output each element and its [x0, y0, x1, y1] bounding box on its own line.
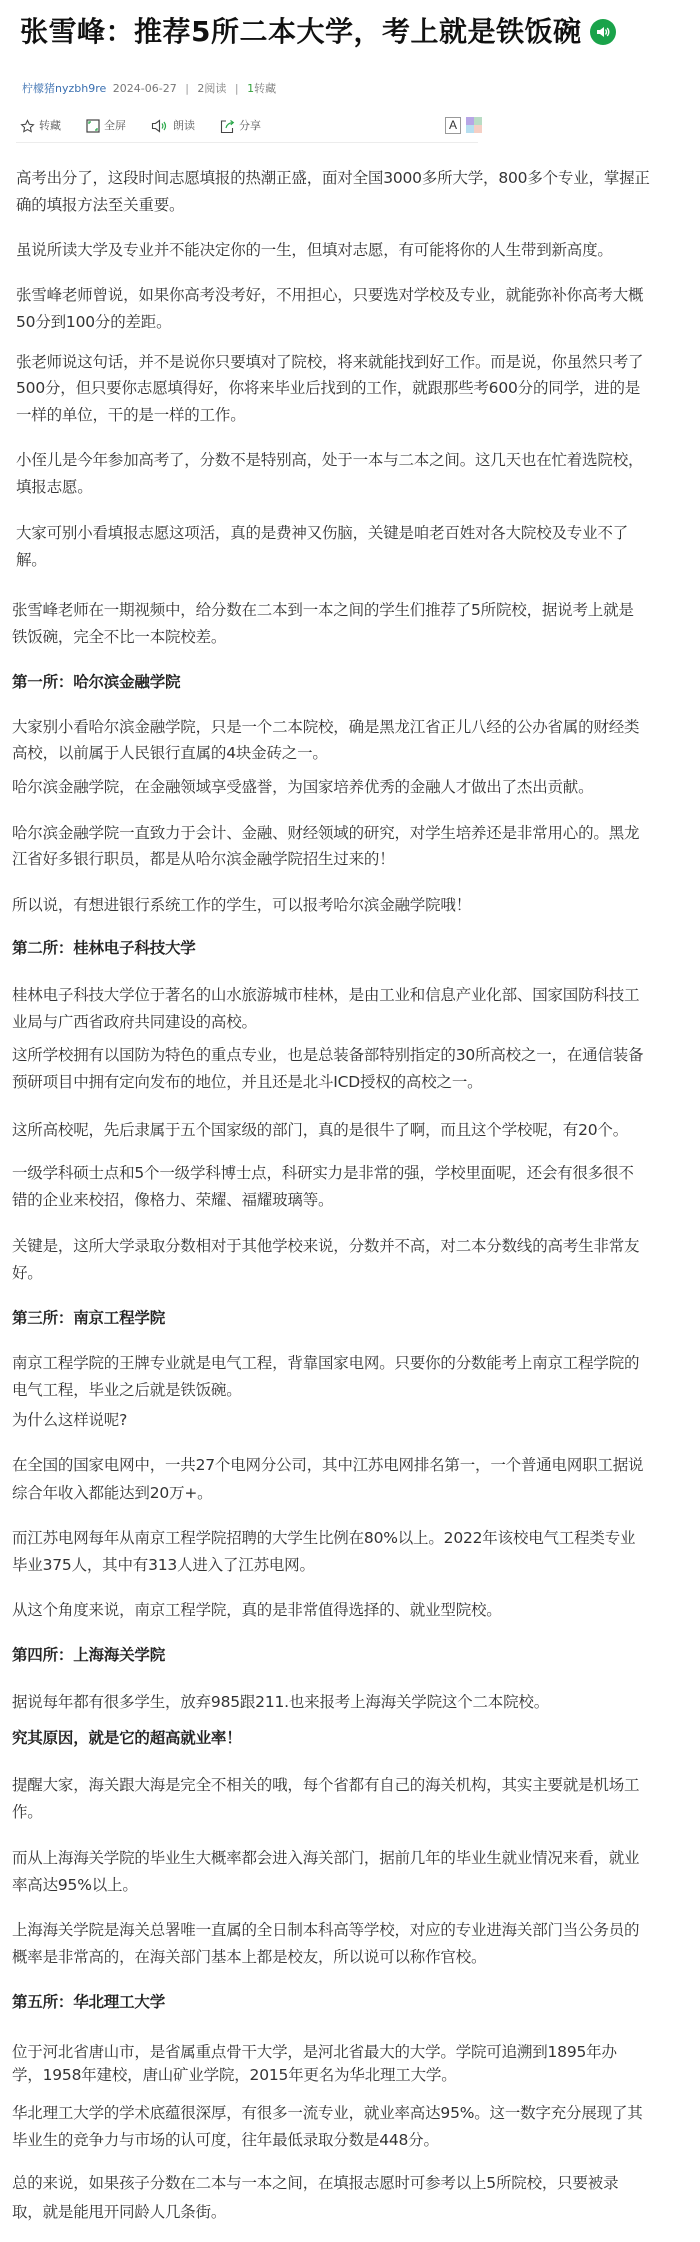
- paragraph-line: 解。: [16, 550, 47, 570]
- paragraph-line: 提醒大家，海关跟大海是完全不相关的哦，每个省都有自己的海关机构，其实主要就是机场…: [12, 1775, 639, 1795]
- paragraph-line: 南京工程学院的王牌专业就是电气工程，背靠国家电网。只要你的分数能考上南京工程学院…: [12, 1353, 639, 1373]
- meta-divider: |: [235, 82, 239, 95]
- paragraph-line: 张雪峰老师在一期视频中，给分数在二本到一本之间的学生们推荐了5所院校，据说考上就…: [12, 600, 634, 620]
- fullscreen-button[interactable]: 全屏: [86, 116, 126, 136]
- paragraph-line: 据说每年都有很多学生，放弃985跟211.也来报考上海海关学院这个二本院校。: [12, 1692, 549, 1712]
- paragraph-line: 一级学科硕士点和5个一级学科博士点，科研实力是非常的强，学校里面呢，还会有很多很…: [12, 1163, 634, 1183]
- article-meta: 柠檬猪nyzbh9re 2024-06-27 | 2阅读 | 1转藏: [22, 80, 276, 98]
- paragraph-line: 位于河北省唐山市，是省属重点骨干大学，是河北省最大的大学。学院可追溯到1895年…: [12, 2042, 617, 2062]
- read-aloud-label: 朗读: [173, 116, 195, 136]
- paragraph-line: 高考出分了，这段时间志愿填报的热潮正盛，面对全国3000多所大学，800多个专业…: [16, 168, 650, 188]
- paragraph-line: 毕业生的竞争力与市场的认可度，往年最低录取分数是448分。: [12, 2130, 439, 2150]
- section-heading: 第四所：上海海关学院: [12, 1645, 165, 1665]
- paragraph-line: 好。: [12, 1263, 43, 1283]
- paragraph-line: 概率是非常高的，在海关部门基本上都是校友，所以说可以称作官校。: [12, 1947, 486, 1967]
- section-heading: 究其原因，就是它的超高就业率！: [12, 1728, 242, 1748]
- paragraph-line: 学，1958年建校，唐山矿业学院，2015年更名为华北理工大学。: [12, 2065, 457, 2085]
- listen-speaker-button[interactable]: [590, 19, 616, 45]
- paragraph-line: 总的来说，如果孩子分数在二本与一本之间，在填报志愿时可参考以上5所院校，只要被录: [12, 2173, 618, 2193]
- paragraph-line: 华北理工大学的学术底蕴很深厚，有很多一流专业，就业率高达95%。这一数字充分展现…: [12, 2103, 643, 2123]
- speaker-outline-icon: [151, 119, 169, 133]
- paragraph-line: 而从上海海关学院的毕业生大概率都会进入海关部门，据前几年的毕业生就业情况来看，就…: [12, 1848, 639, 1868]
- paragraph-line: 从这个角度来说，南京工程学院，真的是非常值得选择的、就业型院校。: [12, 1600, 502, 1620]
- paragraph-line: 大家可别小看填报志愿这项活，真的是费神又伤脑，关键是咱老百姓对各大院校及专业不了: [16, 523, 628, 543]
- section-heading: 第二所：桂林电子科技大学: [12, 938, 196, 958]
- speaker-icon: [595, 24, 611, 40]
- meta-divider: |: [185, 82, 189, 95]
- paragraph-line: 作。: [12, 1802, 43, 1822]
- paragraph-line: 一样的单位，干的是一样的工作。: [16, 405, 246, 425]
- section-heading: 第一所：哈尔滨金融学院: [12, 672, 180, 692]
- paragraph-line: 大家别小看哈尔滨金融学院，只是一个二本院校，确是黑龙江省正儿八经的公办省属的财经…: [12, 717, 639, 737]
- font-size-button[interactable]: A: [445, 117, 461, 134]
- paragraph-line: 哈尔滨金融学院，在金融领域享受盛誉，为国家培养优秀的金融人才做出了杰出贡献。: [12, 777, 593, 797]
- article-page: 张雪峰：推荐5所二本大学，考上就是铁饭碗 柠檬猪nyzbh9re 2024-06…: [0, 0, 700, 2242]
- theme-swatch-purple: [466, 117, 474, 125]
- section-heading: 第五所：华北理工大学: [12, 1992, 165, 2012]
- theme-swatch-blue: [466, 125, 474, 133]
- paragraph-line: 为什么这样说呢?: [12, 1410, 127, 1430]
- paragraph-line: 率高达95%以上。: [12, 1875, 138, 1895]
- theme-swatch-green: [474, 117, 482, 125]
- header-divider: [16, 142, 478, 143]
- theme-swatch-pink: [474, 125, 482, 133]
- paragraph-line: 取，就是能甩开同龄人几条街。: [12, 2202, 226, 2222]
- paragraph-line: 所以说，有想进银行系统工作的学生，可以报考哈尔滨金融学院哦！: [12, 895, 471, 915]
- author-link[interactable]: 柠檬猪nyzbh9re: [22, 82, 106, 95]
- paragraph-line: 关键是，这所大学录取分数相对于其他学校来说，分数并不高，对二本分数线的高考生非常…: [12, 1236, 639, 1256]
- read-count: 2阅读: [197, 82, 226, 95]
- paragraph-line: 毕业375人，其中有313人进入了江苏电网。: [12, 1555, 315, 1575]
- paragraph-line: 预研项目中拥有定向发布的地位，并且还是北斗ICD授权的高校之一。: [12, 1072, 482, 1092]
- paragraph-line: 铁饭碗，完全不比一本院校差。: [12, 627, 226, 647]
- share-label: 分享: [239, 116, 261, 136]
- paragraph-line: 上海海关学院是海关总署唯一直属的全日制本科高等学校，对应的专业进海关部门当公务员…: [12, 1920, 639, 1940]
- share-icon: [220, 119, 235, 134]
- paragraph-line: 50分到100分的差距。: [16, 312, 171, 332]
- paragraph-line: 虽说所读大学及专业并不能决定你的一生，但填对志愿，有可能将你的人生带到新高度。: [16, 240, 613, 260]
- paragraph-line: 电气工程，毕业之后就是铁饭碗。: [12, 1380, 242, 1400]
- paragraph-line: 500分，但只要你志愿填得好，你将来毕业后找到的工作，就跟那些考600分的同学，…: [16, 378, 640, 398]
- paragraph-line: 江省好多银行职员，都是从哈尔滨金融学院招生过来的！: [12, 849, 395, 869]
- theme-color-button[interactable]: [466, 117, 482, 133]
- fullscreen-label: 全屏: [104, 116, 126, 136]
- paragraph-line: 哈尔滨金融学院一直致力于会计、金融、财经领域的研究，对学生培养还是非常用心的。黑…: [12, 823, 639, 843]
- paragraph-line: 错的企业来校招，像格力、荣耀、福耀玻璃等。: [12, 1190, 333, 1210]
- paragraph-line: 综合年收入都能达到20万+。: [12, 1483, 212, 1503]
- article-toolbar: 转藏 全屏 朗读 分享 A: [20, 116, 680, 136]
- paragraph-line: 确的填报方法至关重要。: [16, 195, 184, 215]
- paragraph-line: 张雪峰老师曾说，如果你高考没考好，不用担心，只要选对学校及专业，就能弥补你高考大…: [16, 285, 643, 305]
- fullscreen-icon: [86, 119, 100, 133]
- paragraph-line: 张老师说这句话，并不是说你只要填对了院校，将来就能找到好工作。而是说，你虽然只考…: [16, 352, 643, 372]
- share-button[interactable]: 分享: [220, 116, 261, 136]
- paragraph-line: 桂林电子科技大学位于著名的山水旅游城市桂林，是由工业和信息产业化部、国家国防科技…: [12, 985, 639, 1005]
- paragraph-line: 小侄儿是今年参加高考了，分数不是特别高，处于一本与二本之间。这几天也在忙着选院校…: [16, 450, 643, 470]
- publish-date: 2024-06-27: [113, 82, 177, 95]
- paragraph-line: 业局与广西省政府共同建设的高校。: [12, 1012, 257, 1032]
- article-title-text: 张雪峰：推荐5所二本大学，考上就是铁饭碗: [20, 10, 582, 54]
- paragraph-line: 高校，以前属于人民银行直属的4块金砖之一。: [12, 743, 328, 763]
- paragraph-line: 而江苏电网每年从南京工程学院招聘的大学生比例在80%以上。2022年该校电气工程…: [12, 1528, 635, 1548]
- star-icon: [20, 119, 35, 134]
- paragraph-line: 在全国的国家电网中，一共27个电网分公司，其中江苏电网排名第一，一个普通电网职工…: [12, 1455, 643, 1475]
- section-heading: 第三所：南京工程学院: [12, 1308, 165, 1328]
- read-aloud-button[interactable]: 朗读: [151, 116, 195, 136]
- article-title: 张雪峰：推荐5所二本大学，考上就是铁饭碗: [20, 10, 616, 54]
- paragraph-line: 这所学校拥有以国防为特色的重点专业，也是总装备部特别指定的30所高校之一，在通信…: [12, 1045, 643, 1065]
- collect-count-label: 转藏: [254, 82, 276, 95]
- paragraph-line: 这所高校呢，先后隶属于五个国家级的部门，真的是很牛了啊，而且这个学校呢，有20个…: [12, 1120, 628, 1140]
- collect-button[interactable]: 转藏: [20, 116, 61, 136]
- collect-label: 转藏: [39, 116, 61, 136]
- paragraph-line: 填报志愿。: [16, 477, 93, 497]
